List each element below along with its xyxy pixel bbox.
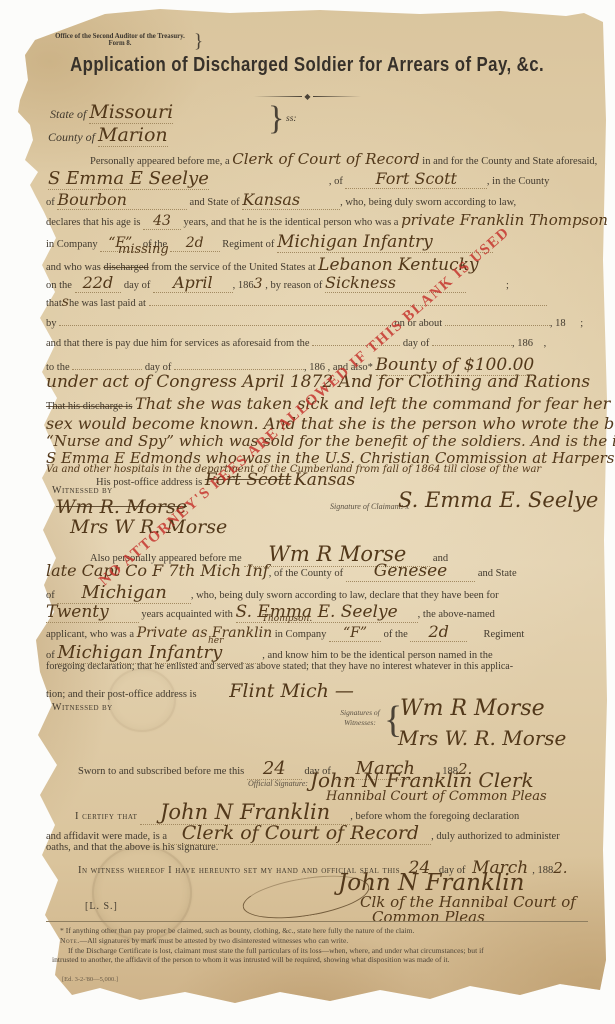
printed-text: years, and that he is the identical pers… (184, 217, 399, 228)
printed-text: , duly authorized to administer (431, 831, 560, 842)
hw-aff-company: “F” (329, 625, 381, 642)
decl-line6: and who was discharged from the service … (46, 255, 479, 275)
hw-month: April (153, 273, 233, 293)
blank-field (432, 335, 512, 346)
decl-line3: of Bourbon and State of Kansas, who, bei… (46, 190, 516, 209)
printed-text: in and for the County and State aforesai… (422, 156, 597, 167)
hw-statement-2: sex would become known. And that she is … (46, 414, 615, 433)
aff-line6: of Michigan Infantry, and know him to be… (46, 642, 493, 663)
certify-line3: oaths, and that the above is his signatu… (46, 842, 218, 853)
printed-text: , in the County (487, 176, 549, 187)
printed-text: , 18 (550, 318, 566, 329)
ss-label: ss: (286, 114, 297, 124)
hw-witness-sig-1: Wm R Morse (400, 696, 545, 721)
blank-field (174, 359, 304, 370)
county-line: County of Marion (48, 124, 168, 146)
printed-text: on the (46, 280, 72, 291)
hw-regiment-no: 2d (170, 235, 220, 252)
decl-line10: and that there is pay due him for servic… (46, 335, 546, 349)
hw-claimant-name: S Emma E Seelye (48, 168, 209, 190)
printed-text: Sworn to and subscribed before me this (78, 766, 244, 777)
decl-line4: declares that his age is 43 years, and t… (46, 211, 608, 229)
hw-aff-witness2: late Capt Co F 7th Mich Inf (46, 561, 269, 580)
printed-text: and State of (190, 197, 240, 208)
hw-po-value: Kansas (294, 470, 355, 490)
office-box: Office of the Second Auditor of the Trea… (47, 33, 193, 47)
decl-line2: S Emma E Seelye, of Fort Scott, in the C… (48, 168, 549, 189)
printed-text: of (374, 708, 380, 717)
printed-text: from the service of the United States at (151, 262, 315, 273)
footnote-4: intrusted to another, the affidavit of t… (52, 955, 450, 964)
printed-text: I certify that (75, 811, 137, 822)
witnessed-by-label-2: Witnessed by (52, 702, 113, 713)
hw-statement-1: That she was taken sick and left the com… (135, 394, 610, 413)
scanned-document: Office of the Second Auditor of the Trea… (0, 0, 615, 1024)
hw-county: Bourbon (57, 190, 187, 210)
certify-line2: and affidavit were made, is a Clerk of C… (46, 822, 560, 844)
printed-text: , before whom the foregoing declaration (350, 811, 519, 822)
hw-aff-state: Michigan (57, 582, 190, 604)
decl-line1: Personally appeared before me, a Clerk o… (90, 150, 597, 168)
hw-residence: Fort Scott (345, 169, 486, 189)
printed-text: he was last paid at (69, 298, 146, 309)
printed-text: , the above-named (418, 609, 495, 620)
decl-line9: by , on or about , 18 ; (46, 315, 583, 329)
printed-text: of (46, 650, 55, 661)
ls-seal-label: [L. S.] (85, 901, 118, 912)
printed-text: declares that his age is (46, 217, 140, 228)
hw-regiment: Michigan Infantry (277, 232, 493, 253)
office-line1: Office of the Second Auditor of the Trea… (55, 33, 185, 40)
state-value: Missouri (89, 101, 173, 124)
office-line2: Form 8. (108, 40, 131, 47)
hw-officer: Clerk of Court of Record (232, 150, 419, 168)
printed-text: that (46, 298, 62, 309)
county-label: County of (48, 130, 95, 144)
hw-statement-3: “Nurse and Spy” which was sold for the b… (46, 432, 615, 450)
printed-text: ; (580, 318, 583, 329)
official-signature-label: Official Signature: (248, 779, 308, 788)
printed-struck-discharged: discharged (103, 262, 148, 273)
hw-she-insert: s (62, 294, 69, 310)
hw-day: 22d (75, 273, 122, 293)
signatures-of-witnesses-label: Signatures of Witnesses: (338, 708, 382, 728)
printed-text: , of the County of (269, 568, 343, 579)
printed-struck-discharge-clause: That his discharge is (46, 401, 132, 412)
printed-text: in Company (275, 629, 327, 640)
ornament-divider: ◆ (0, 92, 615, 101)
printed-text: day of (403, 338, 430, 349)
hw-state: Kansas (242, 190, 340, 210)
printed-text: Regiment (484, 629, 525, 640)
printed-text: Signature of Claimant: (330, 502, 403, 511)
printed-text: , of (329, 176, 343, 187)
certify-line1: I certify that John N Franklin, before w… (75, 800, 519, 824)
printed-text: and State (478, 568, 517, 579)
printed-text: in Company (46, 239, 98, 250)
hw-witness-sig-2: Mrs W. R. Morse (398, 726, 566, 750)
county-value: Marion (98, 124, 168, 147)
printed-text: Signatures (340, 708, 372, 717)
hw-aff-regt-no: 2d (410, 622, 466, 642)
printed-text: Note. (60, 936, 80, 945)
office-brace: } (194, 31, 203, 53)
printed-text: and that there is pay due him for servic… (46, 338, 310, 349)
printed-text: —All signatures by mark must be attested… (80, 936, 349, 945)
hw-her-overlay: her (208, 636, 223, 646)
form-title: Application of Discharged Soldier for Ar… (71, 54, 545, 77)
footnote-3: If the Discharge Certificate is lost, cl… (68, 946, 484, 955)
printed-text: by (46, 318, 57, 329)
witnessed-by-label-1: Witnessed by (52, 485, 113, 496)
hw-jurat-day: 24 (247, 758, 302, 780)
printed-text: applicant, who was a (46, 629, 134, 640)
hw-claimant-signature: S. Emma E. Seelye (398, 488, 598, 512)
printed-text: Witnesses: (344, 718, 376, 727)
printed-text: of the (384, 629, 408, 640)
printed-text: ; (506, 280, 509, 291)
hw-whereof-year: 2. (553, 859, 567, 877)
decl-line5: in Company “F” of the 2d Regiment of Mic… (46, 232, 493, 252)
footnote-1: * If anything other than pay proper be c… (60, 926, 414, 935)
printed-text: , 188 (532, 865, 553, 876)
state-label: State of (50, 107, 86, 121)
hw-aff-years: Twenty (46, 602, 139, 623)
blank-field (149, 295, 547, 306)
aff-line8: tion; and their post-office address is F… (46, 680, 354, 702)
hw-aff-po: Flint Mich — (199, 680, 354, 702)
hw-year-digit: 3 (254, 276, 263, 292)
printed-text: of (46, 197, 55, 208)
aff-line3: of Michigan, who, being duly sworn accor… (46, 582, 499, 603)
hw-aff-rank: Private as Franklin (137, 625, 272, 641)
printed-text: , 186 (233, 280, 254, 291)
footnote-2: Note.—All signatures by mark must be att… (60, 936, 348, 945)
blank-field (72, 359, 142, 370)
printed-text: , who, being duly sworn according to law… (340, 197, 516, 208)
printed-text: , by reason of (265, 280, 322, 291)
printed-text: , (544, 338, 547, 349)
printed-text: Personally appeared before me, a (90, 156, 230, 167)
printed-text: years acquainted with (141, 609, 233, 620)
state-line: State of Missouri (50, 101, 173, 123)
printed-text: tion; and their post-office address is (46, 689, 197, 700)
footnote-rule (46, 921, 588, 922)
printed-text: and affidavit were made, is a (46, 831, 167, 842)
printed-text: , 186 (512, 338, 533, 349)
printed-text: , and know him to be the identical perso… (262, 650, 492, 661)
venue-brace: } (268, 100, 284, 138)
printed-text: Regiment of (222, 239, 274, 250)
hw-clerk-title-2: Common Pleas (372, 908, 485, 926)
form-title-wrap: Application of Discharged Soldier for Ar… (0, 54, 615, 77)
printed-text: of (46, 590, 55, 601)
decl-line8: thatshe was last paid at (46, 294, 547, 310)
hw-age: 43 (143, 213, 181, 230)
aff-line7: foregoing declaration; that he enlisted … (46, 661, 513, 672)
printed-text: , who, being duly sworn according to law… (191, 590, 499, 601)
hw-aff-county: Genesee (346, 561, 476, 582)
blank-field (59, 315, 389, 326)
printed-text: and who was (46, 262, 101, 273)
printed-text: day of (124, 280, 151, 291)
aff-line5: applicant, who was a Private as Franklin… (46, 622, 524, 641)
blank-field (445, 315, 550, 326)
edition-code: [Ed. 3-2-'80—5,000.] (62, 976, 118, 983)
